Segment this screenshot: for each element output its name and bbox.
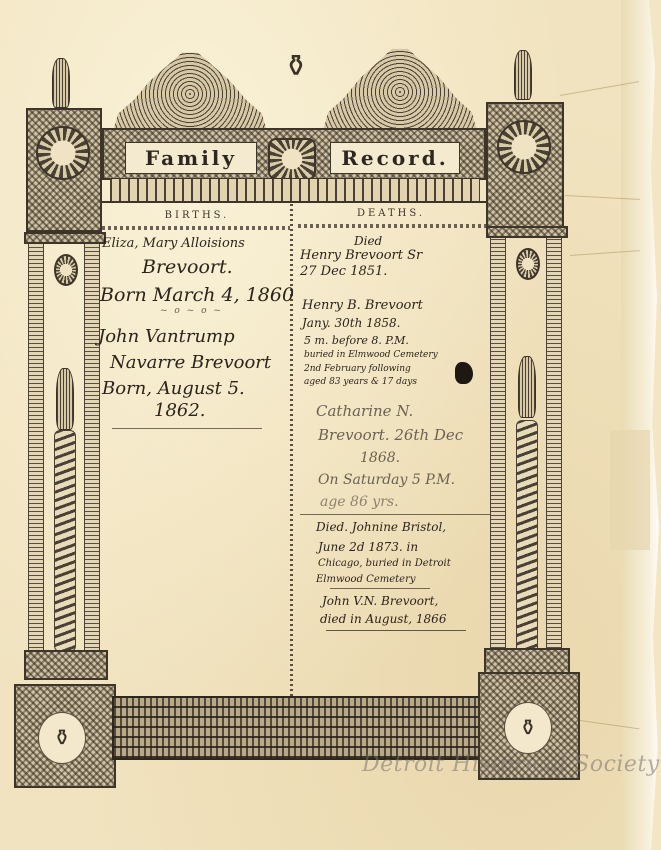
- death-line: Elmwood Cemetery: [316, 574, 416, 585]
- title-center-ornament: [268, 138, 316, 180]
- birth-line: John Vantrump: [98, 326, 235, 347]
- death-line: age 86 yrs.: [320, 494, 399, 510]
- births-wavy-rule: [102, 226, 290, 230]
- death-line: Died: [354, 234, 382, 248]
- central-urn-icon: ⚱: [272, 50, 320, 140]
- deaths-wavy-rule: [298, 224, 486, 228]
- left-pillar-capital: [24, 232, 106, 244]
- left-pendant-icon: [54, 254, 78, 286]
- torn-right-edge: [621, 0, 661, 850]
- birth-line: Eliza, Mary Alloisions: [102, 236, 245, 251]
- left-outer-shaft: [28, 240, 44, 660]
- birth-separator: ~ o ~ o ~: [160, 306, 223, 316]
- death-line: Brevoort. 26th Dec: [318, 426, 463, 444]
- right-candle-finial-icon: [518, 356, 536, 418]
- birth-line: Born, August 5.: [102, 378, 245, 399]
- death-line: 5 m. before 8. P.M.: [304, 334, 409, 347]
- left-candle-finial-icon: [56, 368, 74, 430]
- left-pillar-base: [24, 650, 108, 680]
- death-line: John V.N. Brevoort,: [322, 594, 438, 608]
- death-underline: [326, 630, 466, 631]
- title-family-text: Family: [145, 146, 237, 170]
- header-rule: [102, 201, 486, 203]
- title-record-text: Record.: [341, 146, 448, 170]
- death-separator-rule: [330, 588, 430, 589]
- right-inner-shaft: [546, 236, 562, 660]
- ink-blot: [455, 362, 473, 384]
- deaths-heading: DEATHS.: [296, 208, 486, 219]
- right-urn-icon: ⚱: [504, 702, 552, 754]
- birth-line: Brevoort.: [142, 256, 233, 278]
- death-line: Catharine N.: [316, 402, 413, 420]
- death-line: buried in Elmwood Cemetery: [304, 350, 438, 360]
- left-medallion-icon: [36, 126, 90, 180]
- death-line: Died. Johnine Bristol,: [316, 520, 446, 534]
- death-line: Jany. 30th 1858.: [302, 316, 401, 330]
- left-urn-icon: ⚱: [38, 712, 86, 764]
- right-pendant-icon: [516, 248, 540, 280]
- paper-repair-patch: [610, 430, 650, 550]
- death-line: 27 Dec 1851.: [300, 264, 387, 279]
- death-line: 2nd February following: [304, 364, 411, 374]
- death-line: Chicago, buried in Detroit: [318, 558, 451, 569]
- death-separator-rule: [300, 514, 490, 515]
- scalloped-border: [110, 178, 480, 203]
- left-inner-shaft: [84, 240, 100, 660]
- title-family: Family: [125, 142, 257, 174]
- right-twisted-column: [516, 420, 538, 654]
- death-line: died in August, 1866: [320, 612, 446, 626]
- watermark: Detroit Historical Society: [362, 752, 660, 777]
- left-finial-icon: [52, 58, 70, 108]
- right-outer-shaft: [490, 236, 506, 660]
- birth-line: Navarre Brevoort: [110, 352, 271, 373]
- title-record: Record.: [330, 142, 460, 174]
- right-medallion-icon: [497, 120, 551, 174]
- death-line: aged 83 years & 17 days: [304, 377, 417, 387]
- death-line: June 2d 1873. in: [318, 540, 418, 554]
- birth-line: Born March 4, 1860: [100, 284, 294, 306]
- birth-flourish: [112, 428, 262, 429]
- death-line: Henry B. Brevoort: [302, 298, 423, 313]
- right-finial-icon: [514, 50, 532, 100]
- base-frieze: [112, 696, 482, 760]
- column-divider: [290, 204, 293, 696]
- death-line: 1868.: [360, 450, 400, 466]
- births-heading: BIRTHS.: [102, 210, 292, 221]
- birth-line: 1862.: [154, 400, 206, 421]
- death-line: Henry Brevoort Sr: [300, 248, 422, 263]
- left-twisted-column: [54, 430, 76, 652]
- right-pillar-capital: [486, 226, 568, 238]
- death-line: On Saturday 5 P.M.: [318, 472, 455, 488]
